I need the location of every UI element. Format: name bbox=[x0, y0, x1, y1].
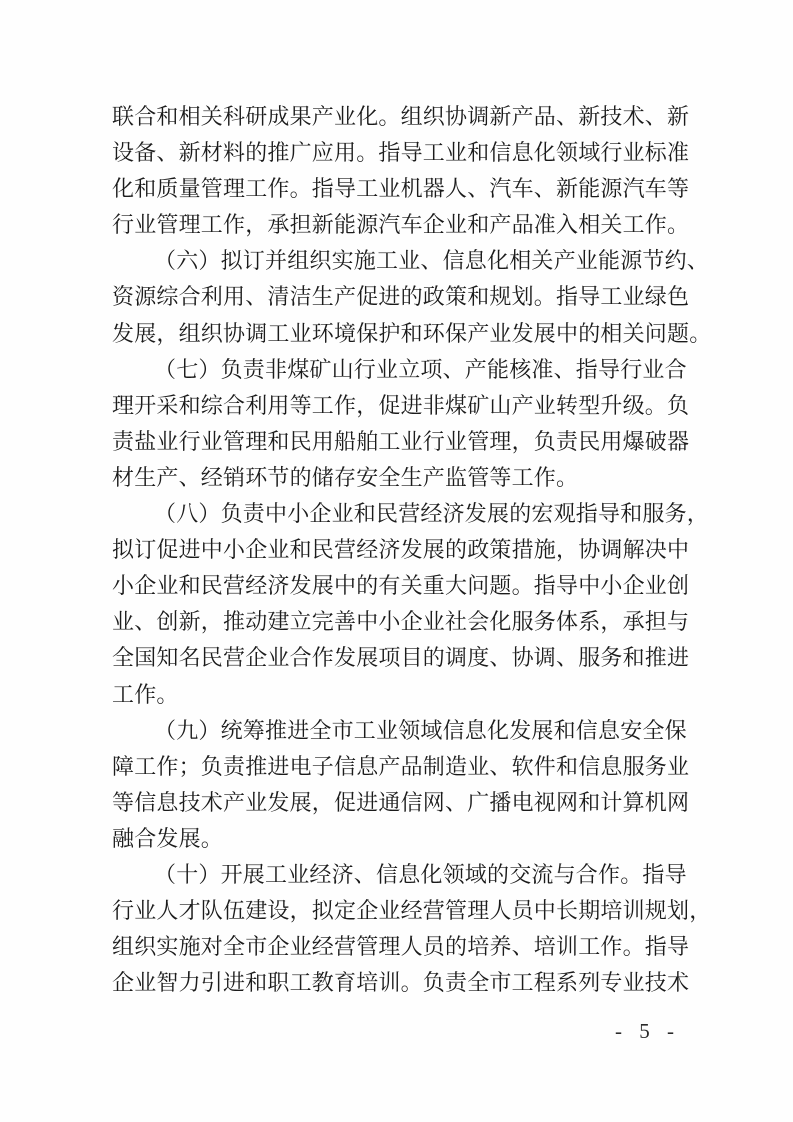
text-line: 企业智力引进和职工教育培训。负责全市工程系列专业技术 bbox=[112, 965, 712, 1001]
text-line: 全国知名民营企业合作发展项目的调度、协调、服务和推进 bbox=[112, 640, 712, 676]
text-line: 小企业和民营经济发展中的有关重大问题。指导中小企业创 bbox=[112, 568, 712, 604]
text-line: 化和质量管理工作。指导工业机器人、汽车、新能源汽车等 bbox=[112, 171, 712, 207]
text-line: 资源综合利用、清洁生产促进的政策和规划。指导工业绿色 bbox=[112, 279, 712, 315]
text-line: 责盐业行业管理和民用船舶工业行业管理，负责民用爆破器 bbox=[112, 424, 712, 460]
text-line-paragraph-start: （十）开展工业经济、信息化领域的交流与合作。指导 bbox=[112, 857, 712, 893]
text-line: 融合发展。 bbox=[112, 821, 712, 857]
document-page: 联合和相关科研成果产业化。组织协调新产品、新技术、新 设备、新材料的推广应用。指… bbox=[0, 0, 793, 1122]
text-line: 发展，组织协调工业环境保护和环保产业发展中的相关问题。 bbox=[112, 316, 712, 352]
text-line-paragraph-start: （九）统筹推进全市工业领域信息化发展和信息安全保 bbox=[112, 713, 712, 749]
text-line: 等信息技术产业发展，促进通信网、广播电视网和计算机网 bbox=[112, 785, 712, 821]
page-number: - 5 - bbox=[615, 1019, 680, 1044]
text-line: 工作。 bbox=[112, 677, 712, 713]
text-line: 理开采和综合利用等工作，促进非煤矿山产业转型升级。负 bbox=[112, 388, 712, 424]
text-line: 材生产、经销环节的储存安全生产监管等工作。 bbox=[112, 460, 712, 496]
text-line: 拟订促进中小企业和民营经济发展的政策措施，协调解决中 bbox=[112, 532, 712, 568]
text-line: 组织实施对全市企业经营管理人员的培养、培训工作。指导 bbox=[112, 929, 712, 965]
body-text: 联合和相关科研成果产业化。组织协调新产品、新技术、新 设备、新材料的推广应用。指… bbox=[112, 99, 712, 1001]
text-line-paragraph-start: （七）负责非煤矿山行业立项、产能核准、指导行业合 bbox=[112, 352, 712, 388]
text-line: 联合和相关科研成果产业化。组织协调新产品、新技术、新 bbox=[112, 99, 712, 135]
text-line: 业、创新，推动建立完善中小企业社会化服务体系，承担与 bbox=[112, 604, 712, 640]
text-line: 障工作；负责推进电子信息产品制造业、软件和信息服务业 bbox=[112, 749, 712, 785]
text-line-paragraph-start: （六）拟订并组织实施工业、信息化相关产业能源节约、 bbox=[112, 243, 712, 279]
text-line: 设备、新材料的推广应用。指导工业和信息化领域行业标准 bbox=[112, 135, 712, 171]
text-line: 行业人才队伍建设，拟定企业经营管理人员中长期培训规划， bbox=[112, 893, 712, 929]
text-line-paragraph-start: （八）负责中小企业和民营经济发展的宏观指导和服务， bbox=[112, 496, 712, 532]
text-line: 行业管理工作，承担新能源汽车企业和产品准入相关工作。 bbox=[112, 207, 712, 243]
